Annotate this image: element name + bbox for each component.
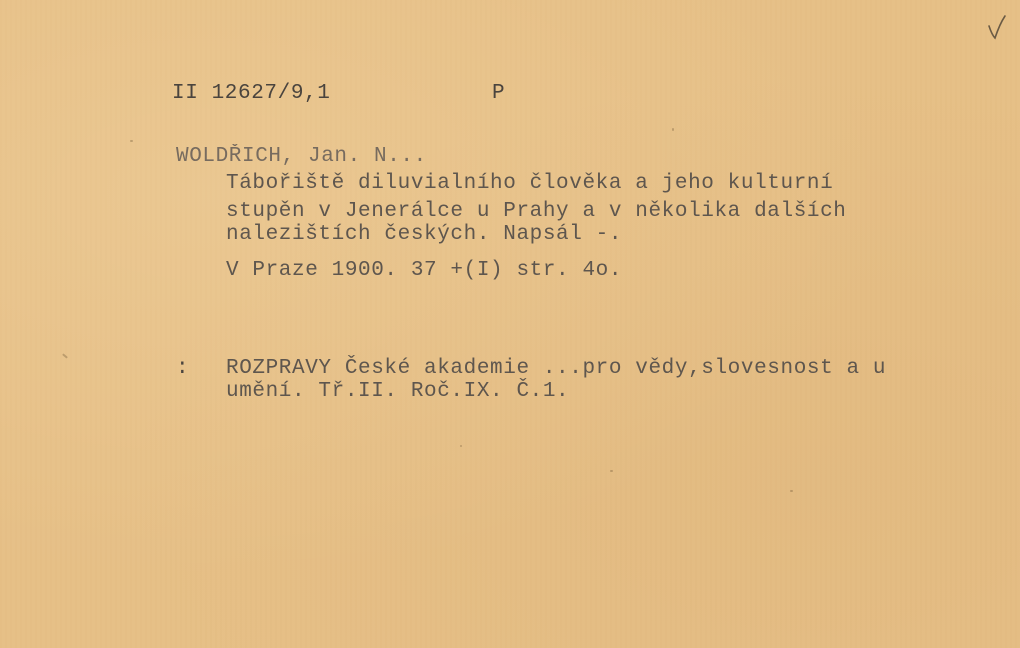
paper-speck: [130, 140, 133, 142]
series-marker: :: [176, 358, 189, 380]
catalog-card: II 12627/9,1 P WOLDŘICH, Jan. N... Táboř…: [0, 0, 1020, 648]
paper-speck: [672, 128, 674, 131]
call-number: II 12627/9,1: [172, 83, 330, 105]
paper-speck: [460, 445, 462, 447]
author-heading: WOLDŘICH, Jan. N...: [176, 146, 427, 168]
title-line-2: stupěn v Jenerálce u Prahy a v několika …: [226, 201, 847, 223]
paper-speck: [62, 353, 68, 358]
location-mark: P: [492, 83, 505, 105]
series-line-2: umění. Tř.II. Roč.IX. Č.1.: [226, 381, 569, 403]
handwritten-check-mark-icon: [987, 14, 1007, 40]
title-line-1: Tábořiště diluvialního člověka a jeho ku…: [226, 173, 833, 195]
title-line-3: nalezištích českých. Napsál -.: [226, 224, 622, 246]
paper-speck: [790, 490, 793, 492]
series-line-1: ROZPRAVY České akademie ...pro vědy,slov…: [226, 358, 886, 380]
imprint: V Praze 1900. 37 +(I) str. 4o.: [226, 260, 622, 282]
paper-speck: [610, 470, 613, 472]
